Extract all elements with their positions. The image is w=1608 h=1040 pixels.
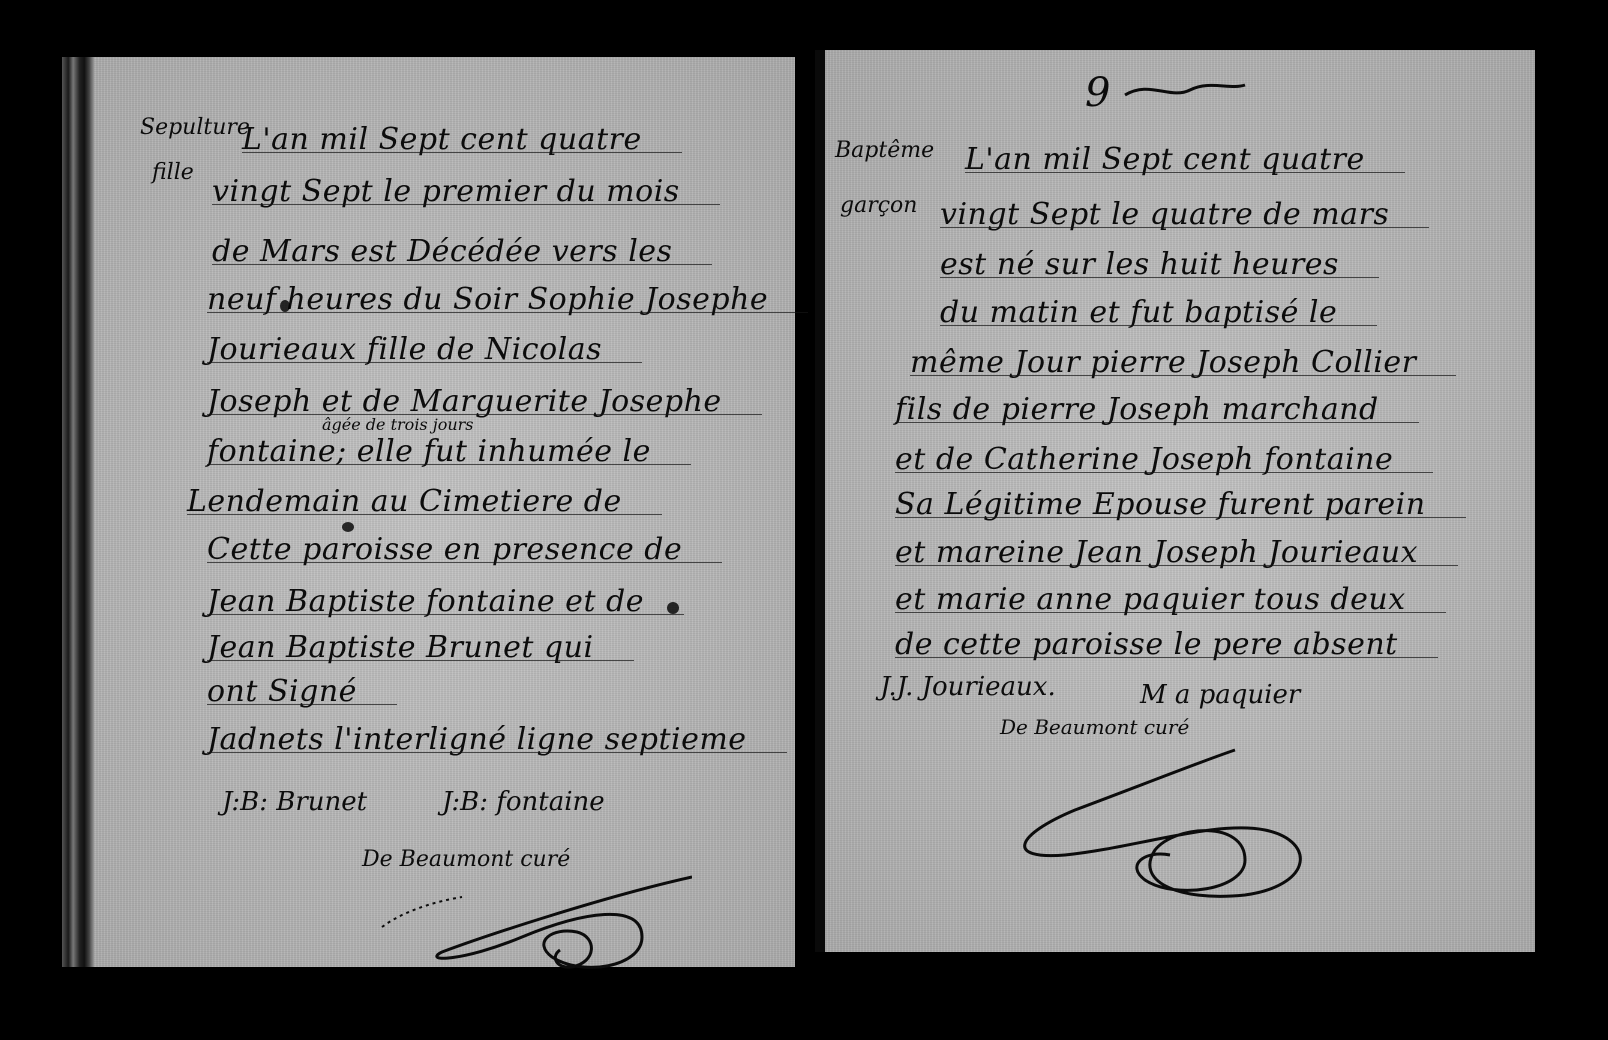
register-line: vingt Sept le premier du mois bbox=[212, 177, 680, 207]
page-gutter bbox=[815, 50, 825, 952]
signature-brunet: J:B: Brunet bbox=[222, 787, 367, 817]
margin-note-baptism: Baptême bbox=[835, 140, 934, 162]
margin-note-girl: fille bbox=[152, 162, 194, 184]
register-line: neuf heures du Soir Sophie Josephe bbox=[207, 285, 768, 315]
register-line: est né sur les huit heures bbox=[940, 250, 1339, 280]
ink-blot bbox=[342, 522, 354, 532]
register-line: vingt Sept le quatre de mars bbox=[940, 200, 1389, 230]
register-line: même Jour pierre Joseph Collier bbox=[910, 348, 1416, 378]
paraphe-flourish-icon bbox=[995, 730, 1325, 900]
register-line: Jean Baptiste Brunet qui bbox=[207, 633, 594, 663]
ink-blot bbox=[667, 602, 679, 614]
signature-fontaine: J:B: fontaine bbox=[442, 787, 605, 817]
register-line: du matin et fut baptisé le bbox=[940, 298, 1337, 328]
page-number-flourish-icon bbox=[1120, 70, 1250, 110]
book-binding-edge bbox=[62, 57, 94, 967]
register-line: Sa Légitime Epouse furent parein bbox=[895, 490, 1426, 520]
register-line: ont Signé bbox=[207, 677, 357, 707]
interlinear-insert: âgée de trois jours bbox=[322, 417, 473, 433]
page-number: 9 bbox=[1085, 70, 1110, 116]
register-line: Jourieaux fille de Nicolas bbox=[207, 335, 602, 365]
register-line: Lendemain au Cimetiere de bbox=[187, 487, 622, 517]
margin-note-burial: Sepulture bbox=[140, 117, 250, 139]
register-line: fontaine; elle fut inhumée le bbox=[207, 437, 651, 467]
register-line: Cette paroisse en presence de bbox=[207, 535, 682, 565]
margin-note-boy: garçon bbox=[840, 195, 917, 217]
signature-paquier: M a paquier bbox=[1140, 680, 1300, 710]
register-line: de cette paroisse le pere absent bbox=[895, 630, 1398, 660]
left-register-page: Sepulture fille L'an mil Sept cent quatr… bbox=[62, 57, 795, 967]
register-line: fils de pierre Joseph marchand bbox=[895, 395, 1379, 425]
register-line: L'an mil Sept cent quatre bbox=[242, 125, 642, 155]
register-line: et mareine Jean Joseph Jourieaux bbox=[895, 538, 1418, 568]
ink-blot bbox=[280, 300, 290, 312]
register-line: et de Catherine Joseph fontaine bbox=[895, 445, 1393, 475]
register-line: Joseph et de Marguerite Josephe bbox=[207, 387, 722, 417]
register-line: de Mars est Décédée vers les bbox=[212, 237, 672, 267]
paraphe-flourish-icon bbox=[362, 857, 692, 987]
register-line: L'an mil Sept cent quatre bbox=[965, 145, 1365, 175]
right-register-page: 9 Baptême garçon L'an mil Sept cent quat… bbox=[815, 50, 1535, 952]
signature-jourieaux: J.J. Jourieaux. bbox=[880, 672, 1056, 702]
approval-note: Jadnets l'interligné ligne septieme bbox=[207, 725, 747, 755]
register-line: et marie anne paquier tous deux bbox=[895, 585, 1406, 615]
register-line: Jean Baptiste fontaine et de bbox=[207, 587, 644, 617]
